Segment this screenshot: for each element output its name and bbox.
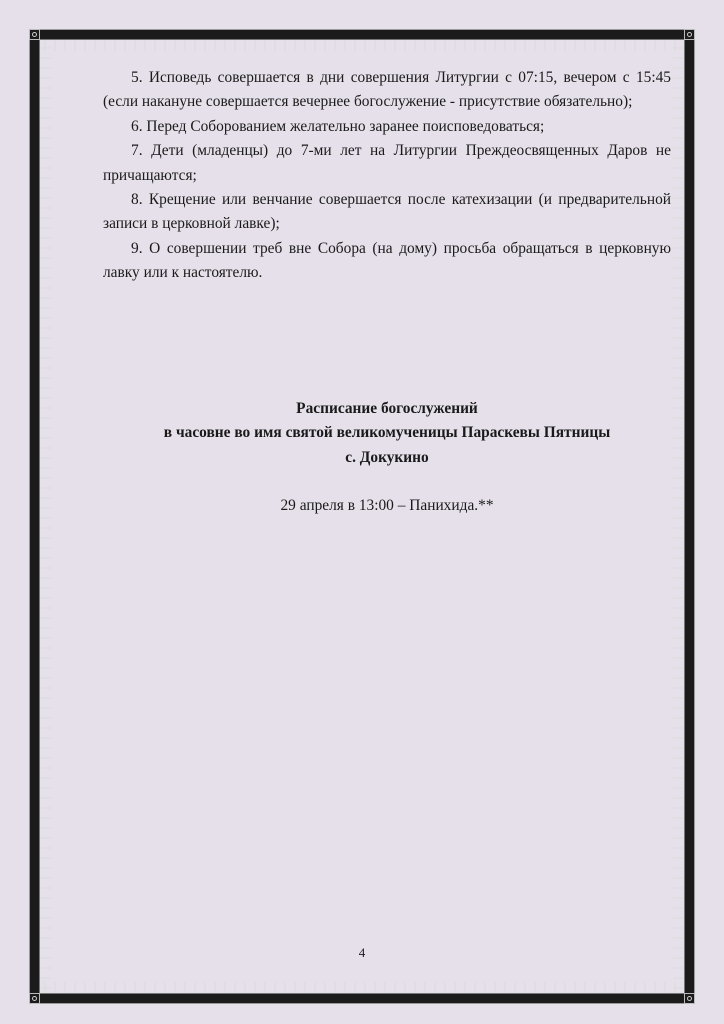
rule-item: 5. Исповедь совершается в дни совершения… — [103, 66, 671, 115]
border-corner-ornament-icon — [684, 29, 695, 40]
border-corner-ornament-icon — [684, 993, 695, 1004]
chapel-schedule: Расписание богослужений в часовне во имя… — [103, 397, 671, 519]
border-corner-ornament-icon — [29, 29, 40, 40]
rule-item: 8. Крещение или венчание совершается пос… — [103, 188, 671, 237]
rules-list: 5. Исповедь совершается в дни совершения… — [103, 66, 671, 286]
schedule-village: с. Докукино — [103, 446, 671, 470]
rule-item: 7. Дети (младенцы) до 7-ми лет на Литург… — [103, 139, 671, 188]
schedule-title: Расписание богослужений — [103, 397, 671, 421]
schedule-chapel-name: в часовне во имя святой великомученицы П… — [103, 421, 671, 445]
rule-item: 6. Перед Соборованием желательно заранее… — [103, 115, 671, 139]
border-corner-ornament-icon — [29, 993, 40, 1004]
schedule-entry: 29 апреля в 13:00 – Панихида.** — [103, 494, 671, 518]
page-number: 4 — [0, 945, 724, 961]
rule-item: 9. О совершении треб вне Собора (на дому… — [103, 237, 671, 286]
